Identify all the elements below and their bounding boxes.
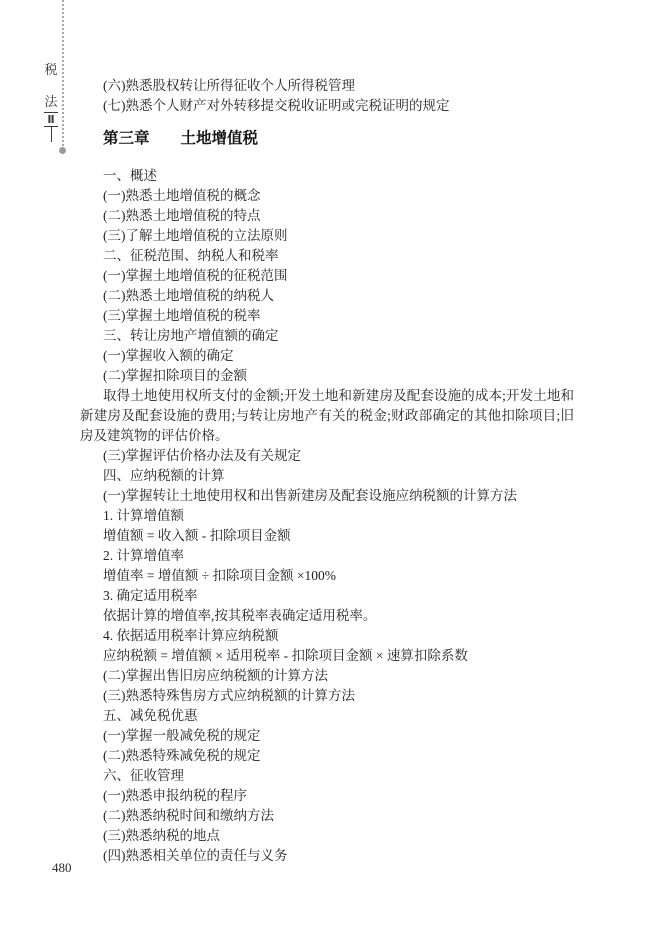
outline-item: 五、减免税优惠 [80,706,574,726]
outline-item: (三)掌握土地增值税的税率 [80,306,574,326]
body-paragraph: 取得土地使用权所支付的金额;开发土地和新建房及配套设施的成本;开发土地和新建房及… [80,386,574,446]
spine-char-fa: 法 [42,96,60,109]
outline-item: 一、概述 [80,166,574,186]
formula-line: 增值率 = 增值额 ÷ 扣除项目金额 ×100% [80,566,574,586]
outline-item: (一)熟悉土地增值税的概念 [80,186,574,206]
outline-item: (四)熟悉相关单位的责任与义务 [80,846,574,866]
outline-item: (一)掌握一般减免税的规定 [80,726,574,746]
outline-item: 1. 计算增值额 [80,506,574,526]
spine-dot-icon [59,147,66,154]
page-number: 480 [52,860,72,876]
outline-item: (二)掌握出售旧房应纳税额的计算方法 [80,666,574,686]
outline-item: 四、应纳税额的计算 [80,466,574,486]
spine-char-roman-two: Ⅱ [44,112,58,127]
formula-line: 应纳税额 = 增值额 × 适用税率 - 扣除项目金额 × 速算扣除系数 [80,646,574,666]
body-text-line: 依据计算的增值率,按其税率表确定适用税率。 [80,606,574,626]
formula-line: 增值额 = 收入额 - 扣除项目金额 [80,526,574,546]
outline-item: (一)掌握土地增值税的征税范围 [80,266,574,286]
outline-item: (三)掌握评估价格办法及有关规定 [80,446,574,466]
outline-item: (六)熟悉股权转让所得征收个人所得税管理 [80,76,574,96]
spine-dotted-line [62,0,64,146]
outline-item: (三)了解土地增值税的立法原则 [80,226,574,246]
book-page: 税 法 Ⅱ (六)熟悉股权转让所得征收个人所得税管理 (七)熟悉个人财产对外转移… [0,0,655,935]
outline-item: (一)掌握转让土地使用权和出售新建房及配套设施应纳税额的计算方法 [80,486,574,506]
spine-char-shui: 税 [42,64,60,77]
outline-item: 2. 计算增值率 [80,546,574,566]
outline-item: (七)熟悉个人财产对外转移提交税收证明或完税证明的规定 [80,96,574,116]
outline-item: 二、征税范围、纳税人和税率 [80,246,574,266]
outline-item: (二)熟悉土地增值税的特点 [80,206,574,226]
outline-item: 4. 依据适用税率计算应纳税额 [80,626,574,646]
spine-label: 税 法 Ⅱ [42,64,60,142]
outline-item: (一)掌握收入额的确定 [80,346,574,366]
chapter-heading: 第三章 土地增值税 [80,128,574,148]
outline-item: (二)熟悉纳税时间和缴纳方法 [80,806,574,826]
outline-item: (一)熟悉申报纳税的程序 [80,786,574,806]
outline-item: (三)熟悉纳税的地点 [80,826,574,846]
page-content: (六)熟悉股权转让所得征收个人所得税管理 (七)熟悉个人财产对外转移提交税收证明… [80,76,574,866]
spine-bracket-mark [51,126,52,142]
outline-item: (三)熟悉特殊售房方式应纳税额的计算方法 [80,686,574,706]
outline-item: 六、征收管理 [80,766,574,786]
outline-item: 3. 确定适用税率 [80,586,574,606]
outline-item: (二)熟悉特殊减免税的规定 [80,746,574,766]
outline-item: 三、转让房地产增值额的确定 [80,326,574,346]
outline-item: (二)熟悉土地增值税的纳税人 [80,286,574,306]
outline-item: (二)掌握扣除项目的金额 [80,366,574,386]
